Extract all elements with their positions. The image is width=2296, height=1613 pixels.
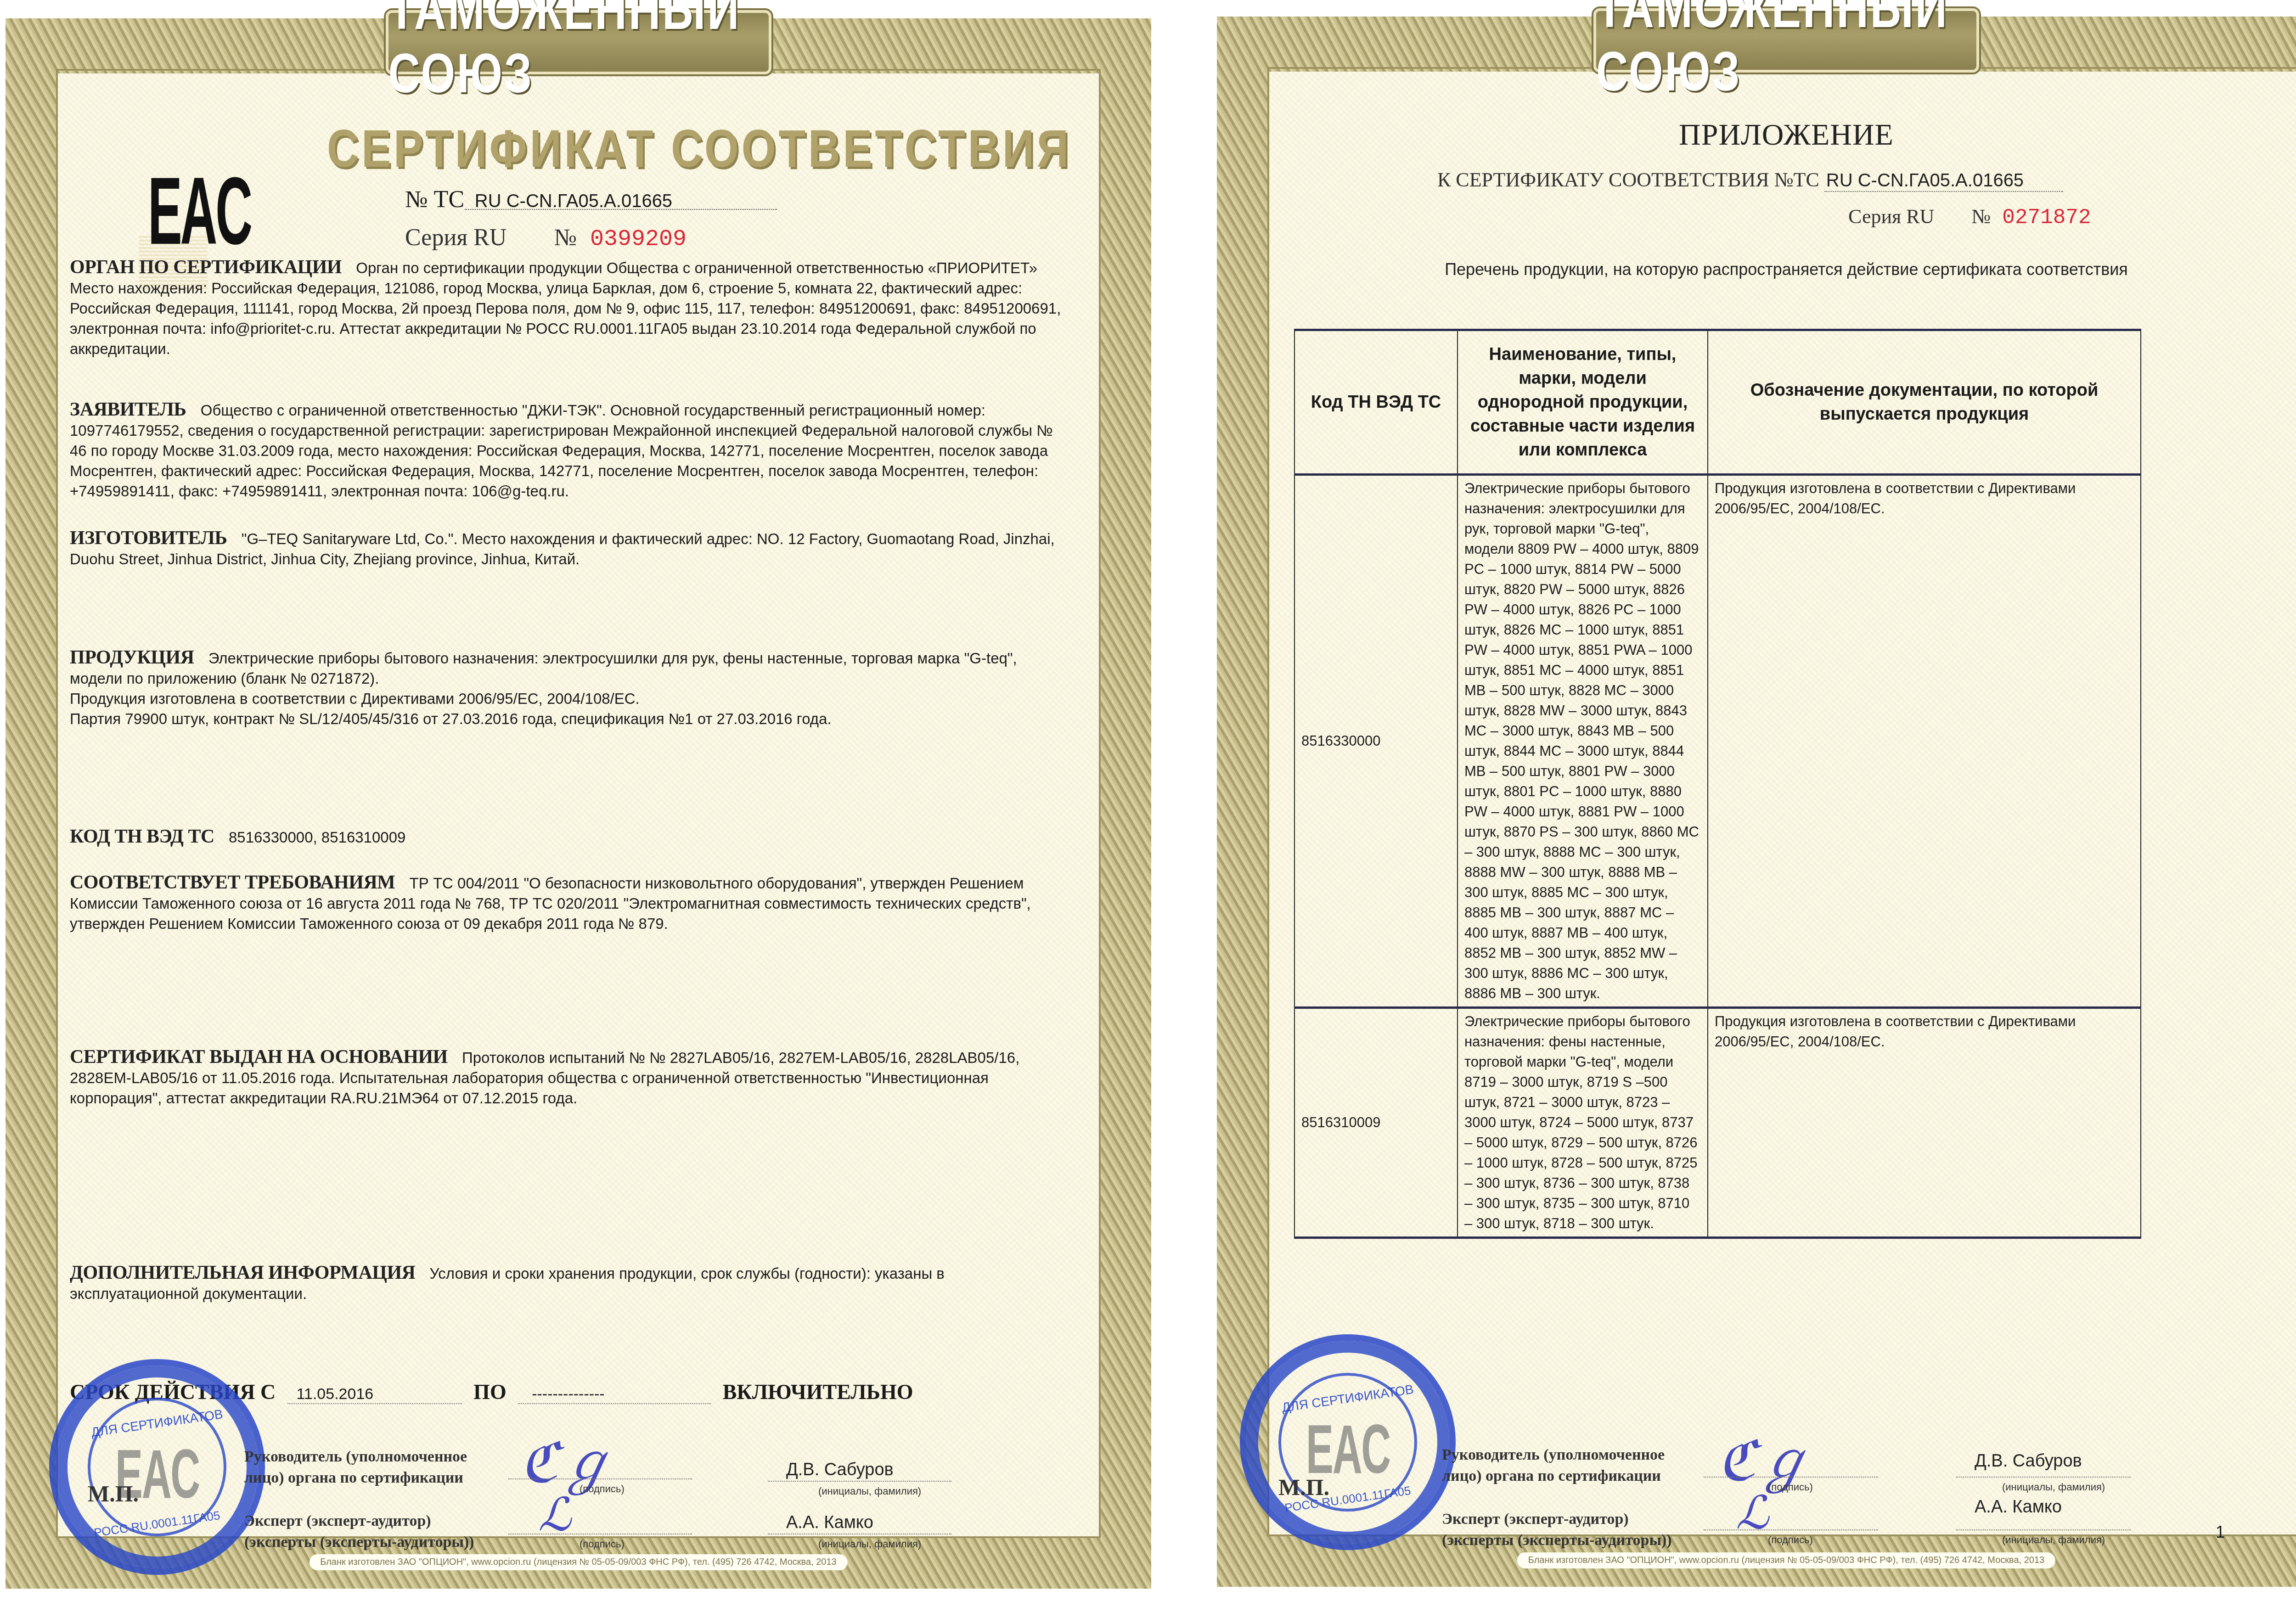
head-name: Д.В. Сабуров (786, 1460, 894, 1480)
appendix-title: ПРИЛОЖЕНИЕ (1217, 118, 2296, 152)
head-name: Д.В. Сабуров (1975, 1451, 2082, 1471)
head-signature-line (508, 1478, 692, 1479)
expert-signature: ℒ (1736, 1486, 1769, 1540)
cell-hs-code: 8516330000 (1294, 475, 1458, 1008)
expert-label-line2: (эксперты (эксперты-аудиторы)) (1442, 1530, 1672, 1551)
expert-signatory-label: Эксперт (эксперт-аудитор) (эксперты (экс… (244, 1511, 474, 1553)
validity-from-date: 11.05.2016 (287, 1385, 462, 1404)
cell-hs-code: 8516310009 (1294, 1008, 1458, 1238)
head-name-line (768, 1481, 951, 1482)
expert-label-line2: (эксперты (эксперты-аудиторы)) (244, 1532, 474, 1553)
table-header-row: Код ТН ВЭД ТС Наименование, типы, марки,… (1294, 330, 2141, 475)
cell-documentation: Продукция изготовлена в соответствии с Д… (1708, 1008, 2141, 1238)
customs-union-badge-text: ТАМОЖЕННЫЙ СОЮЗ (388, 0, 769, 106)
section-applicant: ЗАЯВИТЕЛЬ Общество с ограниченной ответс… (70, 399, 1071, 501)
head-label-line1: Руководитель (уполномоченное (1442, 1444, 1665, 1466)
blank-printer-footer: Бланк изготовлен ЗАО "ОПЦИОН", www.opcio… (309, 1554, 847, 1570)
appendix-certificate-ref: К СЕРТИФИКАТУ СООТВЕТСТВИЯ №ТС RU C-CN.Г… (1437, 168, 2063, 192)
customs-union-badge: ТАМОЖЕННЫЙ СОЮЗ (386, 10, 771, 74)
certification-stamp: ДЛЯ СЕРТИФИКАТОВ EAC М.П. РОСС RU.0001.1… (49, 1359, 265, 1575)
signature-caption: (подпись) (580, 1483, 625, 1495)
section-extra-line: Продукция изготовлена в соответствии с Д… (70, 689, 1071, 709)
section-heading: ЗАЯВИТЕЛЬ (70, 399, 186, 420)
name-caption: (инициалы, фамилия) (818, 1485, 921, 1497)
expert-signature-line (1704, 1529, 1878, 1530)
signature-caption: (подпись) (1768, 1481, 1813, 1493)
section-hs-code: КОД ТН ВЭД ТС 8516330000, 8516310009 (70, 826, 1071, 848)
section-text: Общество с ограниченной ответственностью… (70, 402, 1053, 500)
head-label-line2: лицо) органа по сертификации (1442, 1466, 1665, 1487)
customs-union-badge-text: ТАМОЖЕННЫЙ СОЮЗ (1596, 0, 1976, 104)
head-name-line (1956, 1477, 2131, 1478)
section-text: Электрические приборы бытового назначени… (70, 650, 1017, 687)
section-heading: ДОПОЛНИТЕЛЬНАЯ ИНФОРМАЦИЯ (70, 1262, 415, 1283)
signature-caption: (подпись) (580, 1538, 625, 1550)
table-row: 8516330000 Электрические приборы бытовог… (1294, 475, 2141, 1008)
appendix-ref-label: К СЕРТИФИКАТУ СООТВЕТСТВИЯ №ТС (1437, 169, 1819, 191)
expert-name-line (768, 1534, 951, 1534)
appendix-page: ТАМОЖЕННЫЙ СОЮЗ ПРИЛОЖЕНИЕ К СЕРТИФИКАТУ… (1217, 17, 2296, 1587)
section-heading: СООТВЕТСТВУЕТ ТРЕБОВАНИЯМ (70, 872, 395, 893)
cell-documentation: Продукция изготовлена в соответствии с Д… (1708, 475, 2141, 1008)
validity-to-date: -------------- (518, 1385, 711, 1404)
certificate-title: СЕРТИФИКАТ СООТВЕТСТВИЯ (327, 119, 1071, 180)
series-number-label: № (554, 225, 577, 251)
series-number: 0399209 (590, 226, 687, 253)
blank-printer-footer: Бланк изготовлен ЗАО "ОПЦИОН", www.opcio… (1517, 1552, 2055, 1568)
name-caption: (инициалы, фамилия) (2002, 1481, 2105, 1493)
expert-name: А.А. Камко (786, 1513, 873, 1533)
section-heading: ПРОДУКЦИЯ (70, 647, 194, 668)
validity-to-label: ПО (473, 1380, 506, 1404)
section-certification-body: ОРГАН ПО СЕРТИФИКАЦИИ Орган по сертифика… (70, 257, 1071, 359)
series-label: Серия RU (1848, 205, 1934, 228)
section-manufacturer: ИЗГОТОВИТЕЛЬ "G–TEQ Sanitaryware Ltd, Co… (70, 528, 1071, 569)
signature-caption: (подпись) (1768, 1534, 1813, 1546)
certificate-series: Серия RU № 0399209 (405, 224, 687, 253)
name-caption: (инициалы, фамилия) (2002, 1534, 2105, 1546)
series-number: 0271872 (2002, 206, 2091, 230)
section-extra-line: Партия 79900 штук, контракт № SL/12/405/… (70, 709, 1071, 729)
section-products: ПРОДУКЦИЯ Электрические приборы бытового… (70, 647, 1071, 729)
appendix-subtitle: Перечень продукции, на которую распростр… (1217, 260, 2296, 279)
section-heading: СЕРТИФИКАТ ВЫДАН НА ОСНОВАНИИ (70, 1046, 448, 1068)
validity-inclusive-label: ВКЛЮЧИТЕЛЬНО (723, 1380, 913, 1404)
series-number-label: № (1971, 205, 1991, 228)
head-signature-line (1704, 1477, 1878, 1478)
section-requirements: СООТВЕТСТВУЕТ ТРЕБОВАНИЯМ ТР ТС 004/2011… (70, 872, 1071, 934)
certificate-number-underline (465, 209, 777, 210)
head-label-line1: Руководитель (уполномоченное (244, 1446, 467, 1467)
certification-stamp: ДЛЯ СЕРТИФИКАТОВ EAC М.П. РОСС RU.0001.1… (1240, 1334, 1456, 1550)
expert-label-line1: Эксперт (эксперт-аудитор) (244, 1511, 474, 1532)
products-table: Код ТН ВЭД ТС Наименование, типы, марки,… (1294, 329, 2141, 1239)
table-row: 8516310009 Электрические приборы бытовог… (1294, 1008, 2141, 1238)
section-issued-basis: СЕРТИФИКАТ ВЫДАН НА ОСНОВАНИИ Протоколов… (70, 1047, 1071, 1108)
certificate-page: ТАМОЖЕННЫЙ СОЮЗ СЕРТИФИКАТ СООТВЕТСТВИЯ … (6, 18, 1151, 1589)
series-label: Серия RU (405, 225, 506, 251)
seal-label: М.П. (88, 1480, 139, 1507)
expert-name: А.А. Камко (1975, 1497, 2062, 1517)
section-heading: ОРГАН ПО СЕРТИФИКАЦИИ (70, 257, 342, 278)
header-documentation: Обозначение документации, по которой вып… (1708, 330, 2141, 475)
head-label-line2: лицо) органа по сертификации (244, 1467, 467, 1489)
certificate-number-label: № ТС (405, 186, 464, 213)
appendix-series: Серия RU № 0271872 (1848, 205, 2091, 230)
expert-name-line (1956, 1529, 2131, 1530)
eac-logo-icon: EAC (148, 156, 251, 266)
header-description: Наименование, типы, марки, модели одноро… (1458, 330, 1708, 475)
cell-description: Электрические приборы бытового назначени… (1458, 475, 1708, 1008)
header-hs-code: Код ТН ВЭД ТС (1294, 330, 1458, 475)
appendix-ref-value: RU C-CN.ГА05.А.01665 (1824, 170, 2063, 192)
section-additional-info: ДОПОЛНИТЕЛЬНАЯ ИНФОРМАЦИЯ Условия и срок… (70, 1263, 1071, 1304)
expert-signatory-label: Эксперт (эксперт-аудитор) (эксперты (экс… (1442, 1509, 1672, 1551)
customs-union-badge: ТАМОЖЕННЫЙ СОЮЗ (1593, 8, 1979, 73)
cell-description: Электрические приборы бытового назначени… (1458, 1008, 1708, 1238)
certificate-number-value: RU C-CN.ГА05.А.01665 (475, 191, 672, 211)
expert-label-line1: Эксперт (эксперт-аудитор) (1442, 1509, 1672, 1530)
section-text: 8516330000, 8516310009 (229, 829, 405, 846)
expert-signature-line (508, 1534, 692, 1534)
page-number: 1 (2216, 1523, 2225, 1542)
name-caption: (инициалы, фамилия) (818, 1538, 921, 1550)
head-signatory-label: Руководитель (уполномоченное лицо) орган… (244, 1446, 467, 1489)
section-heading: КОД ТН ВЭД ТС (70, 826, 214, 847)
head-signatory-label: Руководитель (уполномоченное лицо) орган… (1442, 1444, 1665, 1487)
section-heading: ИЗГОТОВИТЕЛЬ (70, 528, 227, 549)
